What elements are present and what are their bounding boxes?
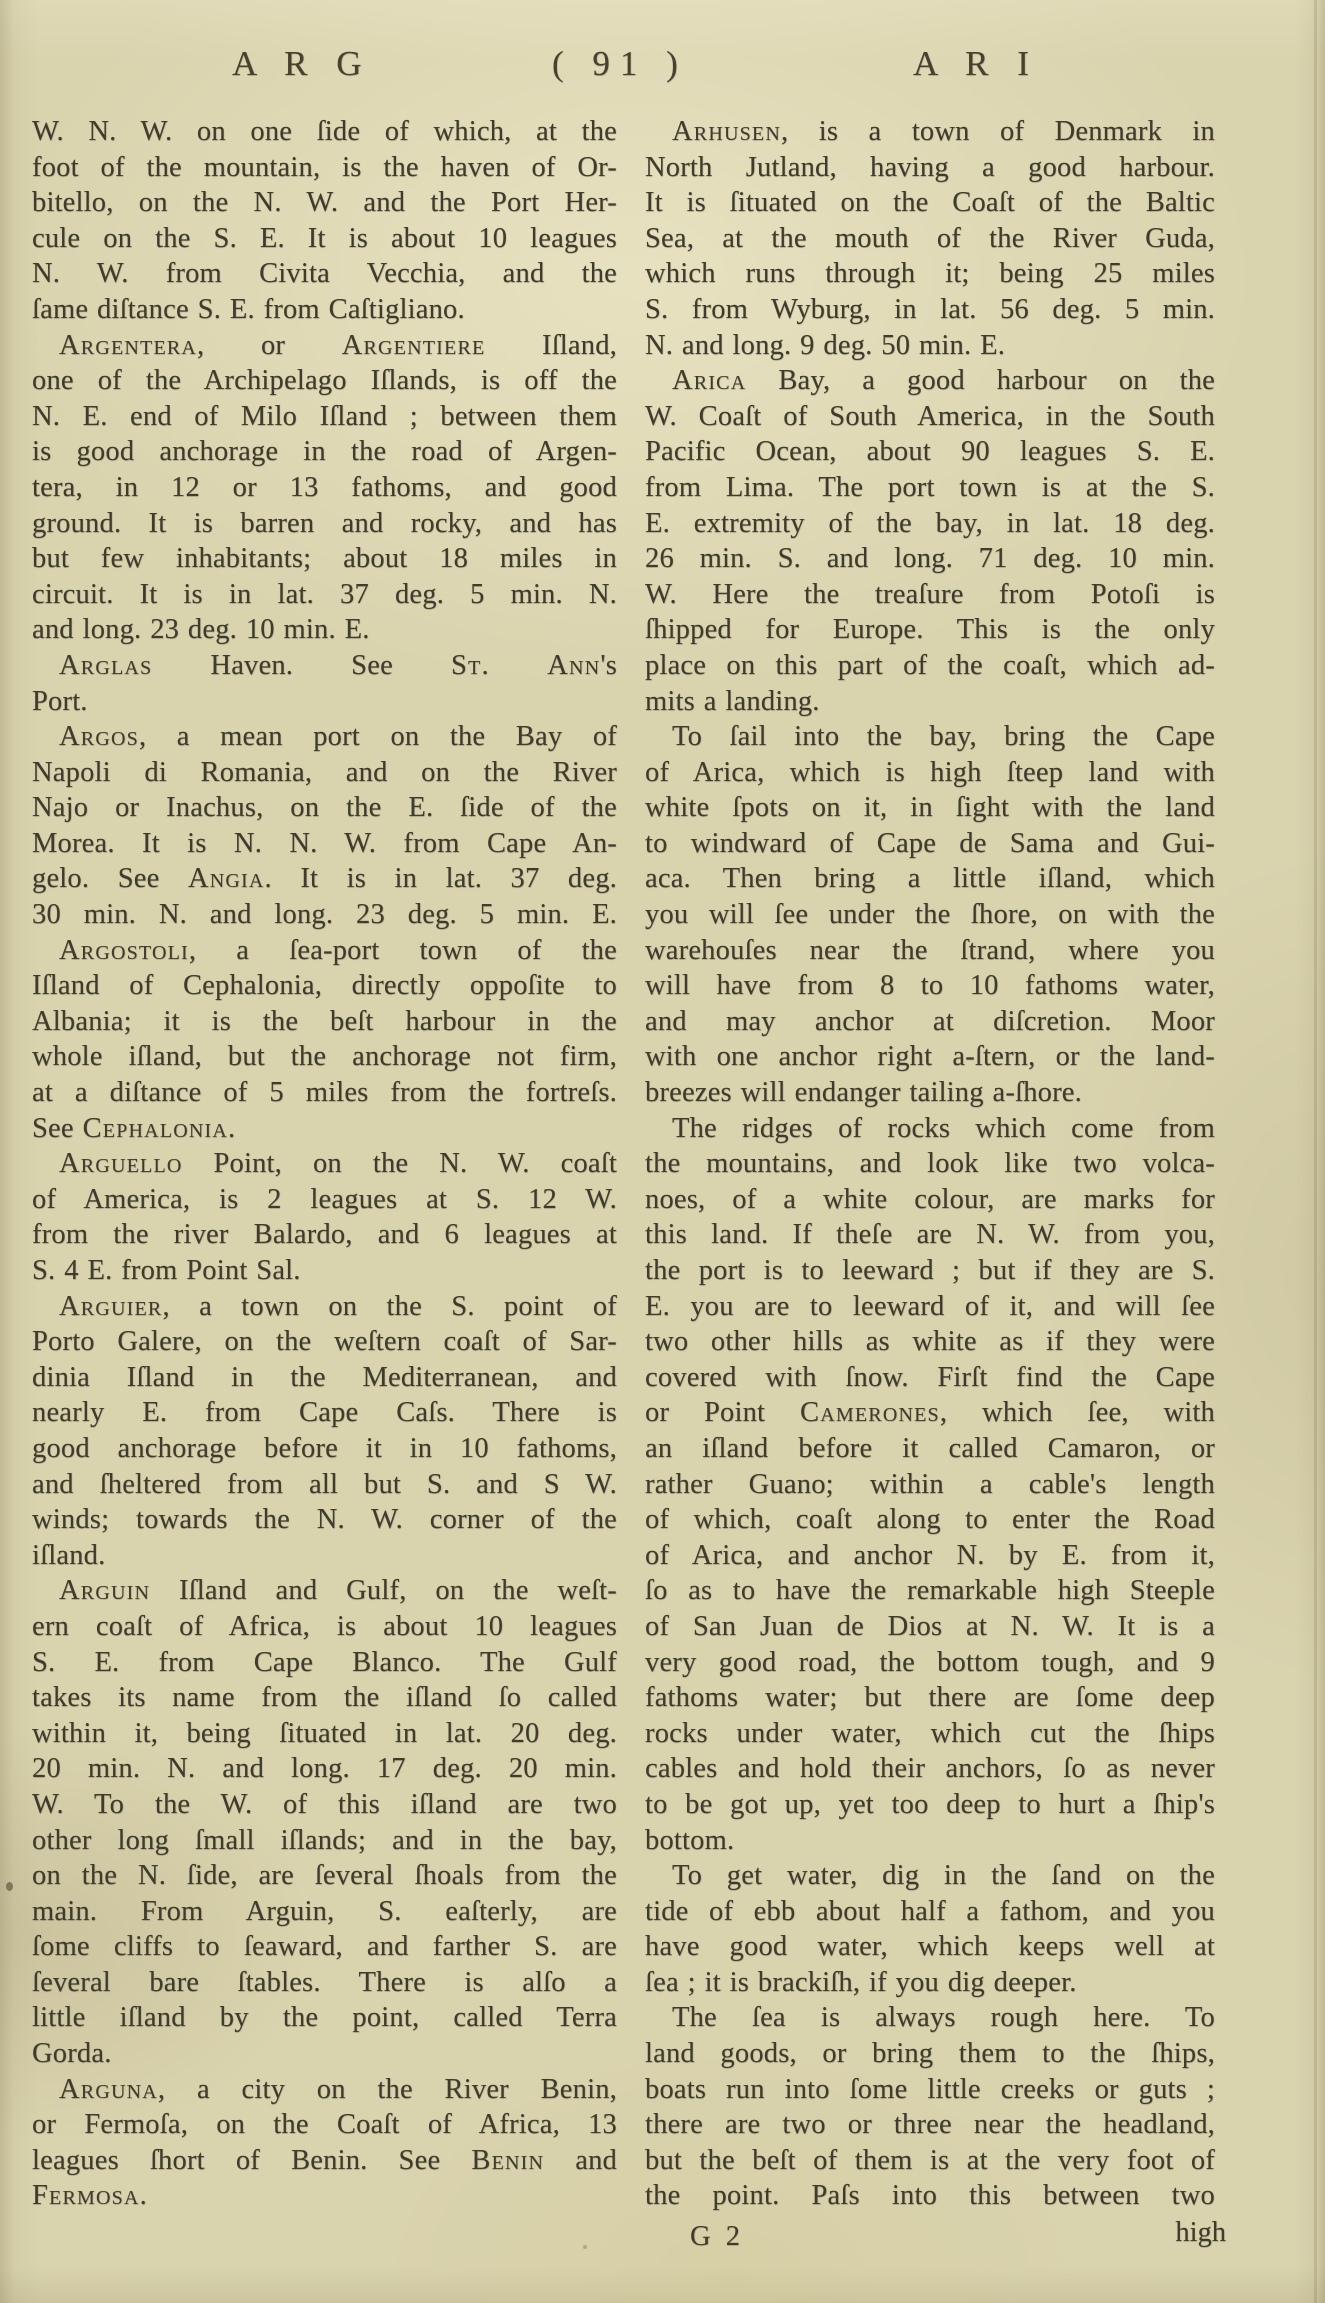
text-line: of Arica, and anchor N. by E. from it,	[645, 1538, 1215, 1574]
text-line: bitello, on the N. W. and the Port Her-	[32, 185, 617, 221]
text-line: ſeveral bare ſtables. There is alſo a	[32, 1965, 617, 2001]
text-segment: . It is in lat. 37 deg.	[265, 863, 617, 894]
text-line: winds; towards the N. W. corner of the	[32, 1502, 617, 1538]
text-line: little iſland by the point, called Terra	[32, 2000, 617, 2036]
text-line: to be got up, yet too deep to hurt a ſhi…	[645, 1787, 1215, 1823]
text-line: takes its name from the iſland ſo called	[32, 1680, 617, 1716]
text-line: gelo. See Angia. It is in lat. 37 deg.	[32, 861, 617, 897]
text-line: main. From Arguin, S. eaſterly, are	[32, 1894, 617, 1930]
text-line: breezes will endanger tailing a-ſhore.	[645, 1075, 1215, 1111]
text-line: ſome cliffs to ſeaward, and farther S. a…	[32, 1929, 617, 1965]
text-line: S. 4 E. from Point Sal.	[32, 1253, 617, 1289]
text-line: which runs through it; being 25 miles	[645, 256, 1215, 292]
text-line: The ridges of rocks which come from	[645, 1111, 1215, 1147]
entry-name: Arguna	[59, 2074, 158, 2105]
text-line: or Fermoſa, on the Coaſt of Africa, 13	[32, 2107, 617, 2143]
text-column-right: Arhusen, is a town of Denmark inNorth Ju…	[645, 114, 1215, 2214]
text-line: on the N. ſide, are ſeveral ſhoals from …	[32, 1858, 617, 1894]
text-segment: , a ſea-port town of the	[189, 935, 617, 966]
text-line: of Arica, which is high ſteep land with	[645, 755, 1215, 791]
text-segment: , a city on the River Benin,	[158, 2074, 617, 2105]
text-line: See Cephalonia.	[32, 1111, 617, 1147]
page-edge-shadow	[1314, 0, 1317, 2303]
text-line: other long ſmall iſlands; and in the bay…	[32, 1823, 617, 1859]
text-line: Porto Galere, on the weſtern coaſt of Sa…	[32, 1324, 617, 1360]
text-segment: , is a town of Denmark in	[781, 116, 1215, 147]
text-line: W. To the W. of this iſland are two	[32, 1787, 617, 1823]
text-segment: , or	[197, 330, 342, 361]
text-line: To ſail into the bay, bring the Cape	[645, 719, 1215, 755]
text-segment: Point, on the N. W. coaſt	[183, 1148, 617, 1179]
text-line: nearly E. from Cape Caſs. There is	[32, 1395, 617, 1431]
text-line: this land. If theſe are N. W. from you,	[645, 1217, 1215, 1253]
text-line: from Lima. The port town is at the S.	[645, 470, 1215, 506]
text-line: N. W. from Civita Vecchia, and the	[32, 256, 617, 292]
text-line: W. Coaſt of South America, in the South	[645, 399, 1215, 435]
text-segment: Iſland,	[485, 330, 617, 361]
entry-name: Arguin	[59, 1575, 150, 1606]
page-number: ( 91 )	[552, 44, 688, 84]
text-line: whole iſland, but the anchorage not firm…	[32, 1039, 617, 1075]
running-head-left: A R G	[232, 44, 371, 84]
entry-name: Angia	[188, 863, 265, 894]
entry-name: Fermosa	[32, 2180, 140, 2211]
text-line: rocks under water, which cut the ſhips	[645, 1716, 1215, 1752]
text-line: ern coaſt of Africa, is about 10 leagues	[32, 1609, 617, 1645]
text-line: N. and long. 9 deg. 50 min. E.	[645, 328, 1215, 364]
text-line: To get water, dig in the ſand on the	[645, 1858, 1215, 1894]
text-line: Fermosa.	[32, 2178, 617, 2214]
text-line: but few inhabitants; about 18 miles in	[32, 541, 617, 577]
running-head: A R G ( 91 ) A R I	[0, 44, 1325, 84]
text-segment: .	[140, 2180, 147, 2211]
text-line: very good road, the bottom tough, and 9	[645, 1645, 1215, 1681]
text-line: Morea. It is N. N. W. from Cape An-	[32, 826, 617, 862]
text-column-left: W. N. W. on one ſide of which, at thefoo…	[32, 114, 617, 2214]
text-line: the mountains, and look like two volca-	[645, 1146, 1215, 1182]
entry-name: Argostoli	[59, 935, 189, 966]
text-segment: , a town on the S. point of	[162, 1291, 617, 1322]
text-segment: leagues ſhort of Benin. See	[32, 2145, 471, 2176]
text-segment: Iſland and Gulf, on the weſt-	[150, 1575, 617, 1606]
text-line: and ſheltered from all but S. and S W.	[32, 1467, 617, 1503]
signature-mark: G 2	[690, 2221, 744, 2253]
text-line: Gorda.	[32, 2036, 617, 2072]
text-line: North Jutland, having a good harbour.	[645, 150, 1215, 186]
text-line: ſo as to have the remarkable high Steepl…	[645, 1573, 1215, 1609]
catchword: high	[1175, 2217, 1226, 2249]
text-line: Napoli di Romania, and on the River	[32, 755, 617, 791]
text-line: and may anchor at diſcretion. Moor	[645, 1004, 1215, 1040]
text-line: at a diſtance of 5 miles from the fortre…	[32, 1075, 617, 1111]
entry-name: Camerones	[800, 1397, 940, 1428]
text-line: ſea ; it is brackiſh, if you dig deeper.	[645, 1965, 1215, 2001]
text-line: place on this part of the coaſt, which a…	[645, 648, 1215, 684]
entry-name: Benin	[471, 2145, 544, 2176]
text-line: S. E. from Cape Blanco. The Gulf	[32, 1645, 617, 1681]
text-line: Arguier, a town on the S. point of	[32, 1289, 617, 1325]
text-line: The ſea is always rough here. To	[645, 2000, 1215, 2036]
text-line: the port is to leeward ; but if they are…	[645, 1253, 1215, 1289]
text-line: fathoms water; but there are ſome deep	[645, 1680, 1215, 1716]
text-line: Arguin Iſland and Gulf, on the weſt-	[32, 1573, 617, 1609]
text-line: an iſland before it called Camaron, or	[645, 1431, 1215, 1467]
text-line: white ſpots on it, in ſight with the lan…	[645, 790, 1215, 826]
text-line: mits a landing.	[645, 684, 1215, 720]
entry-name: Argentiere	[342, 330, 486, 361]
text-line: tera, in 12 or 13 fathoms, and good	[32, 470, 617, 506]
text-segment: 's	[600, 650, 617, 681]
text-line: Port.	[32, 684, 617, 720]
text-line: or Point Camerones, which ſee, with	[645, 1395, 1215, 1431]
text-line: ſame diſtance S. E. from Caſtigliano.	[32, 292, 617, 328]
text-line: have good water, which keeps well at	[645, 1929, 1215, 1965]
text-line: boats run into ſome little creeks or gut…	[645, 2072, 1215, 2108]
text-line: bottom.	[645, 1823, 1215, 1859]
text-segment: gelo. See	[32, 863, 188, 894]
text-line: one of the Archipelago Iſlands, is off t…	[32, 363, 617, 399]
book-page-scan: A R G ( 91 ) A R I W. N. W. on one ſide …	[0, 0, 1325, 2303]
text-segment: , which ſee, with	[940, 1397, 1215, 1428]
entry-name: Arglas	[59, 650, 152, 681]
text-line: noes, of a white colour, are marks for	[645, 1182, 1215, 1218]
text-line: the point. Paſs into this between two	[645, 2178, 1215, 2214]
text-line: E. you are to leeward of it, and will ſe…	[645, 1289, 1215, 1325]
text-line: cule on the S. E. It is about 10 leagues	[32, 221, 617, 257]
text-line: It is ſituated on the Coaſt of the Balti…	[645, 185, 1215, 221]
text-line: E. extremity of the bay, in lat. 18 deg.	[645, 506, 1215, 542]
entry-name: Arhusen	[672, 116, 781, 147]
text-line: 26 min. S. and long. 71 deg. 10 min.	[645, 541, 1215, 577]
text-line: S. from Wyburg, in lat. 56 deg. 5 min.	[645, 292, 1215, 328]
text-line: is good anchorage in the road of Argen-	[32, 434, 617, 470]
text-segment: and	[544, 2145, 617, 2176]
text-line: aca. Then bring a little iſland, which	[645, 861, 1215, 897]
text-line: Argentera, or Argentiere Iſland,	[32, 328, 617, 364]
text-line: Arica Bay, a good harbour on the	[645, 363, 1215, 399]
text-line: land goods, or bring them to the ſhips,	[645, 2036, 1215, 2072]
text-line: Arhusen, is a town of Denmark in	[645, 114, 1215, 150]
text-line: but the beſt of them is at the very foot…	[645, 2143, 1215, 2179]
text-line: to windward of Cape de Sama and Gui-	[645, 826, 1215, 862]
text-line: you will ſee under the ſhore, on with th…	[645, 897, 1215, 933]
text-line: cables and hold their anchors, ſo as nev…	[645, 1751, 1215, 1787]
text-line: ground. It is barren and rocky, and has	[32, 506, 617, 542]
text-segment: Haven. See	[152, 650, 451, 681]
text-line: 20 min. N. and long. 17 deg. 20 min.	[32, 1751, 617, 1787]
text-line: good anchorage before it in 10 fathoms,	[32, 1431, 617, 1467]
running-head-right: A R I	[913, 44, 1039, 84]
text-line: foot of the mountain, is the haven of Or…	[32, 150, 617, 186]
text-line: Argos, a mean port on the Bay of	[32, 719, 617, 755]
entry-name: Arguello	[59, 1148, 183, 1179]
text-line: dinia Iſland in the Mediterranean, and	[32, 1360, 617, 1396]
text-line: of San Juan de Dios at N. W. It is a	[645, 1609, 1215, 1645]
entry-name: Argentera	[59, 330, 197, 361]
text-line: within it, being ſituated in lat. 20 deg…	[32, 1716, 617, 1752]
text-segment: Bay, a good harbour on the	[746, 365, 1215, 396]
text-line: of America, is 2 leagues at S. 12 W.	[32, 1182, 617, 1218]
text-line: 30 min. N. and long. 23 deg. 5 min. E.	[32, 897, 617, 933]
text-segment: .	[228, 1113, 235, 1144]
ink-speck	[583, 2245, 587, 2249]
text-line: leagues ſhort of Benin. See Benin and	[32, 2143, 617, 2179]
text-line: Iſland of Cephalonia, directly oppoſite …	[32, 968, 617, 1004]
text-line: ſhipped for Europe. This is the only	[645, 612, 1215, 648]
text-line: Sea, at the mouth of the River Guda,	[645, 221, 1215, 257]
text-segment: , a mean port on the Bay of	[139, 721, 617, 752]
text-line: with one anchor right a-ſtern, or the la…	[645, 1039, 1215, 1075]
text-line: N. E. end of Milo Iſland ; between them	[32, 399, 617, 435]
text-line: W. N. W. on one ſide of which, at the	[32, 114, 617, 150]
text-line: and long. 23 deg. 10 min. E.	[32, 612, 617, 648]
ink-speck	[6, 1882, 13, 1891]
text-segment: See	[32, 1113, 83, 1144]
text-line: from the river Balardo, and 6 leagues at	[32, 1217, 617, 1253]
text-line: Arguello Point, on the N. W. coaſt	[32, 1146, 617, 1182]
text-line: tide of ebb about half a fathom, and you	[645, 1894, 1215, 1930]
text-line: Najo or Inachus, on the E. ſide of the	[32, 790, 617, 826]
text-line: covered with ſnow. Firſt find the Cape	[645, 1360, 1215, 1396]
text-line: Arglas Haven. See St. Ann's	[32, 648, 617, 684]
text-line: Albania; it is the beſt harbour in the	[32, 1004, 617, 1040]
text-line: Arguna, a city on the River Benin,	[32, 2072, 617, 2108]
text-segment: or Point	[645, 1397, 800, 1428]
text-line: iſland.	[32, 1538, 617, 1574]
entry-name: Arica	[672, 365, 746, 396]
text-line: two other hills as white as if they were	[645, 1324, 1215, 1360]
entry-name: Cephalonia	[83, 1113, 228, 1144]
text-line: W. Here the treaſure from Potoſi is	[645, 577, 1215, 613]
entry-name: St. Ann	[451, 650, 600, 681]
text-line: will have from 8 to 10 fathoms water,	[645, 968, 1215, 1004]
text-line: warehouſes near the ſtrand, where you	[645, 933, 1215, 969]
text-line: rather Guano; within a cable's length	[645, 1467, 1215, 1503]
entry-name: Arguier	[59, 1291, 162, 1322]
text-line: of which, coaſt along to enter the Road	[645, 1502, 1215, 1538]
text-line: Argostoli, a ſea-port town of the	[32, 933, 617, 969]
text-line: Pacific Ocean, about 90 leagues S. E.	[645, 434, 1215, 470]
text-line: circuit. It is in lat. 37 deg. 5 min. N.	[32, 577, 617, 613]
text-line: there are two or three near the headland…	[645, 2107, 1215, 2143]
entry-name: Argos	[59, 721, 139, 752]
